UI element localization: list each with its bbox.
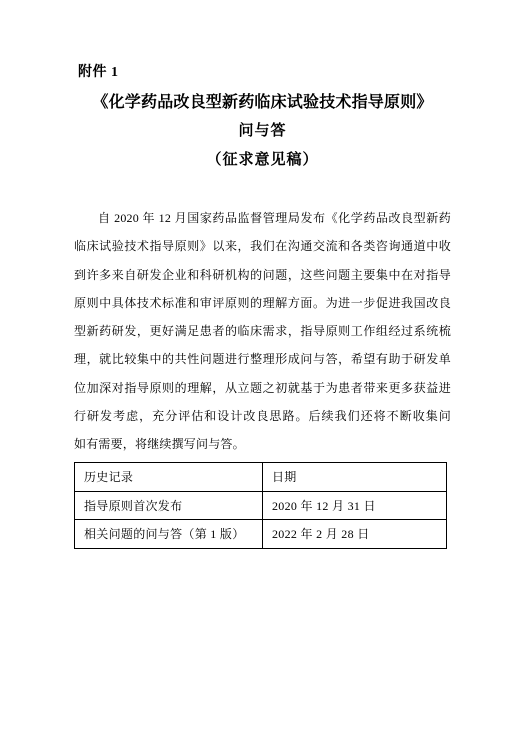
body-paragraph: 自 2020 年 12 月国家药品监督管理局发布《化学药品改良型新药 临床试验技… <box>74 204 451 459</box>
body-line: 到许多来自研发企业和科研机构的问题，这些问题主要集中在对指导 <box>74 261 451 289</box>
history-date-cell: 2020 年 12 月 31 日 <box>263 491 447 520</box>
attachment-label: 附件 1 <box>78 64 119 82</box>
body-line: 行研发考虑，充分评估和设计改良思路。后续我们还将不断收集问题， <box>74 402 451 430</box>
body-line: 理，就比较集中的共性问题进行整理形成问与答，希望有助于研发单 <box>74 345 451 373</box>
body-line: 如有需要，将继续撰写问与答。 <box>74 430 451 458</box>
body-line: 型新药研发，更好满足患者的临床需求，指导原则工作组经过系统梳 <box>74 317 451 345</box>
history-table: 历史记录 日期 指导原则首次发布 2020 年 12 月 31 日 相关问题的问… <box>74 462 447 549</box>
document-subtitle: 问与答 <box>74 117 451 145</box>
history-table-header-record: 历史记录 <box>75 463 263 492</box>
document-page: 附件 1 《化学药品改良型新药临床试验技术指导原则》 问与答 （征求意见稿） 自… <box>0 0 525 747</box>
history-date-cell: 2022 年 2 月 28 日 <box>263 520 447 549</box>
table-row: 相关问题的问与答（第 1 版） 2022 年 2 月 28 日 <box>75 520 447 549</box>
table-row: 指导原则首次发布 2020 年 12 月 31 日 <box>75 491 447 520</box>
history-record-cell: 相关问题的问与答（第 1 版） <box>75 520 263 549</box>
draft-note: （征求意见稿） <box>74 146 451 174</box>
history-table-header-row: 历史记录 日期 <box>75 463 447 492</box>
body-line: 临床试验技术指导原则》以来，我们在沟通交流和各类咨询通道中收 <box>74 232 451 260</box>
document-title: 《化学药品改良型新药临床试验技术指导原则》 <box>74 89 451 117</box>
body-line: 原则中具体技术标准和审评原则的理解方面。为进一步促进我国改良 <box>74 289 451 317</box>
history-record-cell: 指导原则首次发布 <box>75 491 263 520</box>
title-block: 《化学药品改良型新药临床试验技术指导原则》 问与答 （征求意见稿） <box>74 89 451 174</box>
body-line: 位加深对指导原则的理解，从立题之初就基于为患者带来更多获益进 <box>74 374 451 402</box>
history-table-header-date: 日期 <box>263 463 447 492</box>
body-line: 自 2020 年 12 月国家药品监督管理局发布《化学药品改良型新药 <box>74 204 451 232</box>
